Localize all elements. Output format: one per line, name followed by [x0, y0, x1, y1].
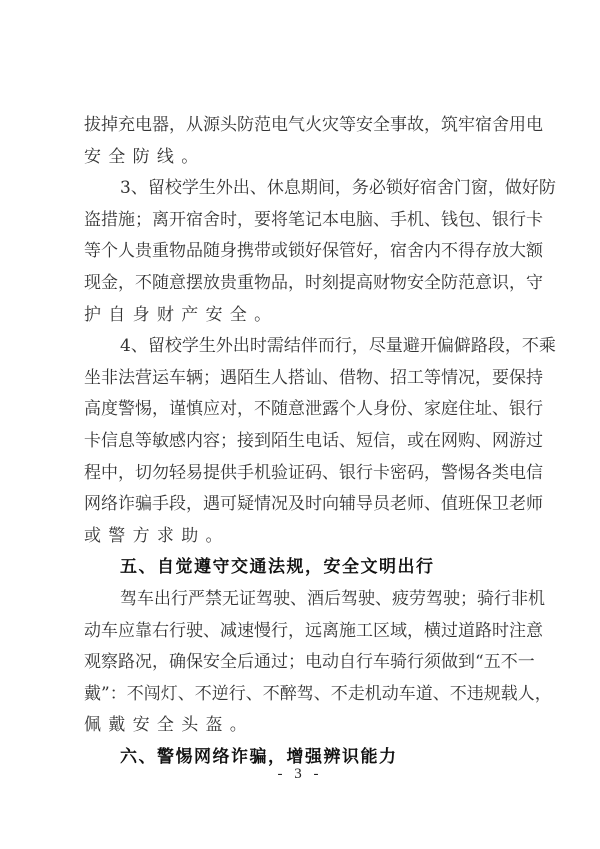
text-line: 等个人贵重物品随身携带或锁好保管好，宿舍内不得存放大额	[84, 236, 524, 268]
text-line: 现金，不随意摆放贵重物品，时刻提高财物安全防范意识，守	[84, 268, 524, 300]
paragraph-traffic: 驾车出行严禁无证驾驶、酒后驾驶、疲劳驾驶；骑行非机	[84, 584, 524, 616]
text-line: 观察路况，确保安全后通过；电动自行车骑行须做到“五不一	[84, 647, 524, 679]
text-line: 盗措施；离开宿舍时，要将笔记本电脑、手机、钱包、银行卡	[84, 205, 524, 237]
document-page: 拔掉充电器，从源头防范电气火灾等安全事故，筑牢宿舍用电 安全防线。 3、留校学生…	[0, 0, 600, 849]
text-line: 卡信息等敏感内容；接到陌生电话、短信，或在网购、网游过	[84, 426, 524, 458]
text-line: 拔掉充电器，从源头防范电气火灾等安全事故，筑牢宿舍用电	[84, 110, 524, 142]
paragraph-item-3: 3、留校学生外出、休息期间，务必锁好宿舍门窗，做好防	[84, 173, 524, 205]
text-line: 或警方求助。	[84, 521, 524, 553]
paragraph-item-4: 4、留校学生外出时需结伴而行，尽量避开偏僻路段，不乘	[84, 331, 524, 363]
text-line: 程中，切勿轻易提供手机验证码、银行卡密码，警惕各类电信	[84, 458, 524, 490]
document-body: 拔掉充电器，从源头防范电气火灾等安全事故，筑牢宿舍用电 安全防线。 3、留校学生…	[84, 110, 524, 773]
text-line: 网络诈骗手段，遇可疑情况及时向辅导员老师、值班保卫老师	[84, 489, 524, 521]
text-line: 戴”：不闯灯、不逆行、不醉驾、不走机动车道、不违规载人，	[84, 679, 524, 711]
text-line: 佩戴安全头盔。	[84, 710, 524, 742]
section-heading-5: 五、自觉遵守交通法规，安全文明出行	[84, 552, 524, 584]
text-line: 坐非法营运车辆；遇陌生人搭讪、借物、招工等情况，要保持	[84, 363, 524, 395]
page-number: - 3 -	[0, 766, 600, 783]
text-line: 安全防线。	[84, 142, 524, 174]
text-line: 护自身财产安全。	[84, 300, 524, 332]
text-line: 动车应靠右行驶、减速慢行，远离施工区域，横过道路时注意	[84, 616, 524, 648]
text-line: 高度警惕，谨慎应对，不随意泄露个人身份、家庭住址、银行	[84, 394, 524, 426]
